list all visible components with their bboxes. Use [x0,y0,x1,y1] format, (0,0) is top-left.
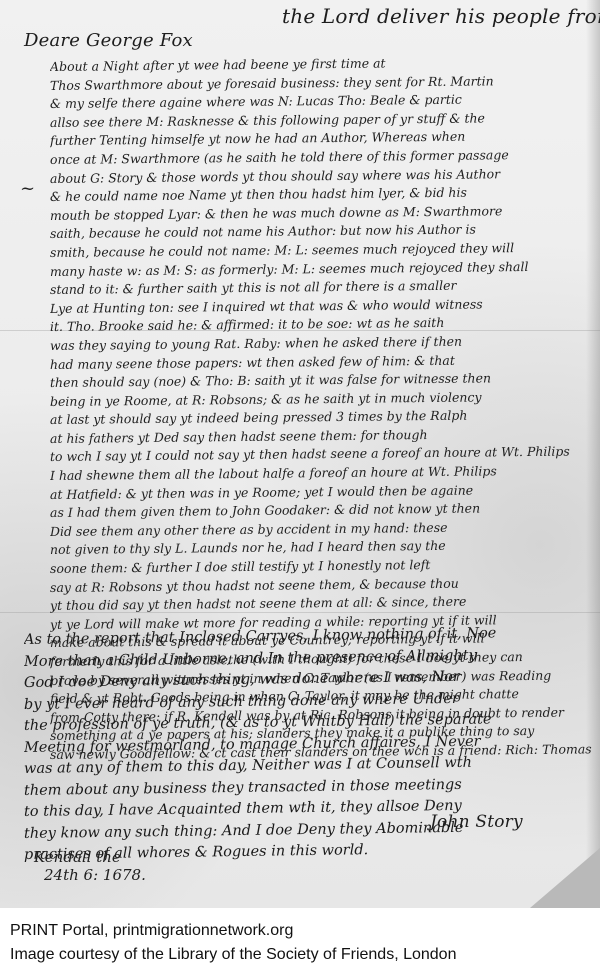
caption-credit-line: Image courtesy of the Library of the Soc… [10,943,456,967]
caption-source-line: PRINT Portal, printmigrationnetwork.org [10,919,456,943]
letter-place-date: Kendall the 24th 6: 1678. [34,848,146,884]
letter-date: 24th 6: 1678. [34,866,146,884]
manuscript-scan: the Lord deliver his people from Deare G… [0,0,600,908]
letter-signature: John Story [430,812,523,832]
margin-tilde-mark: ~ [20,178,35,199]
letter-header-line: the Lord deliver his people from [282,4,600,28]
letter-place: Kendall the [34,848,146,866]
image-caption: PRINT Portal, printmigrationnetwork.org … [10,919,456,967]
letter-salutation: Deare George Fox [24,30,193,51]
